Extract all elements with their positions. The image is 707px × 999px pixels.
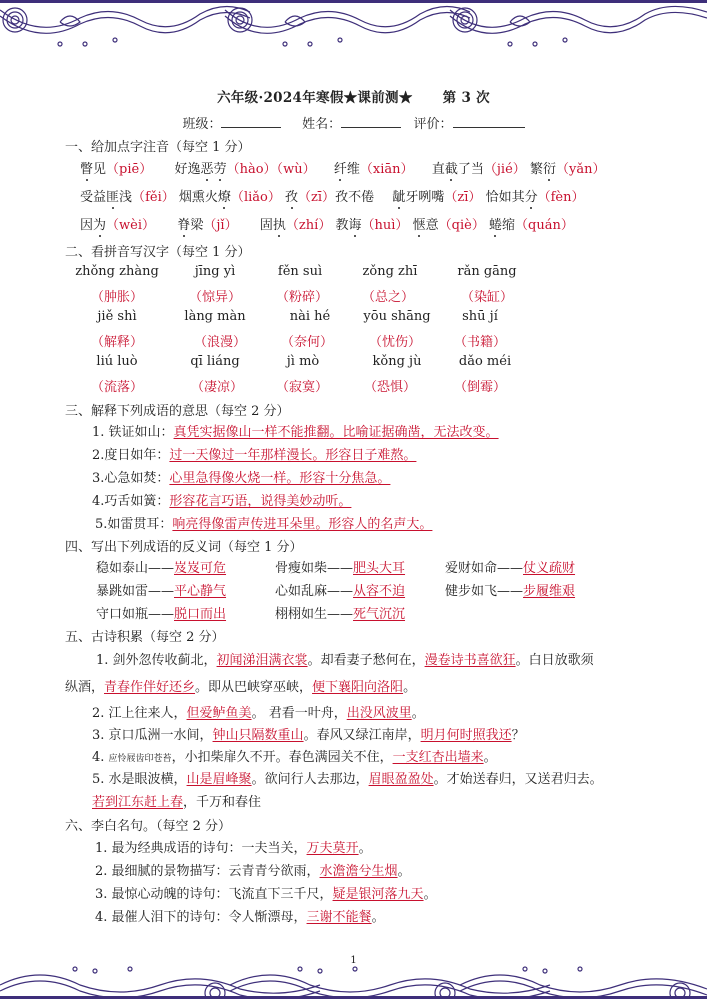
libai-line-4: 4. 最催人泪下的诗句：令人惭漂母，三谢不能餐。 [95,906,385,925]
pinyin-row-3: 因为（wèi） 脊梁（jǐ） 固执（zhí） 教诲（huì） 惬意（qiè） 蜷… [80,214,574,233]
answer-hanzi: （恐惧） [345,376,435,395]
pinyin: zhǒng zhàng [72,264,162,279]
pinyin: liú luò [72,354,162,369]
answer-hanzi: （浪漫） [175,331,265,350]
pinyin: shū jí [435,309,525,324]
pinyin: dǎo méi [440,354,530,369]
answer-hanzi: （解释） [72,331,162,350]
answer-hanzi: （总之） [343,286,433,305]
section-6-heading: 六、李白名句。（每空 2 分） [65,815,231,834]
page-title: 六年级·2024年寒假★课前测★第 3 次 [0,86,707,106]
pinyin-row-2: 受益匪浅（fěi） 烟熏火燎（liǎo） 孜（zī）孜不倦 龇牙咧嘴（zī） 恰… [80,186,585,205]
antonym-item: 守口如瓶——脱口而出 [96,603,226,622]
section-2-heading: 二、看拼音写汉字（每空 1 分） [65,241,251,260]
idiom-meaning-2: 2.度日如年：过一天像过一年那样漫长。形容日子难熬。 [92,444,416,463]
pinyin: qī liáng [170,354,260,369]
title-round: 第 3 次 [443,90,490,106]
section-5-heading: 五、古诗积累（每空 2 分） [65,626,225,645]
answer-hanzi: （粉碎） [257,286,347,305]
poem-2: 2. 江上往来人，但爱鲈鱼美。 君看一叶舟，出没风波里。 [92,702,425,721]
pinyin: nài hé [265,309,355,324]
poem-3: 3. 京口瓜洲一水间，钟山只隔数重山。春风又绿江南岸，明月何时照我还？ [92,724,525,743]
answer-hanzi: （书籍） [435,331,525,350]
answer-hanzi: （肿胀） [72,286,162,305]
section-4-heading: 四、写出下列成语的反义词（每空 1 分） [65,536,303,555]
antonym-item: 心如乱麻——从容不迫 [275,580,405,599]
antonym-item: 暴跳如雷——平心静气 [96,580,226,599]
antonym-item: 骨瘦如柴——肥头大耳 [275,557,405,576]
title-main: 六年级·2024年寒假★课前测★ [217,90,413,106]
libai-line-1: 1. 最为经典成语的诗句：一夫当关，万夫莫开。 [95,837,372,856]
answer-hanzi: （染缸） [442,286,532,305]
pinyin: zǒng zhī [345,264,435,279]
pinyin: fěn suì [255,264,345,279]
item-word: 瞥见 [80,162,106,177]
pinyin: rǎn gāng [442,264,532,279]
name-field[interactable] [341,115,401,128]
pinyin-row-1: 瞥见（piē） 好逸恶劳（hào）（wù） 纤维（xiān） 直截了当（jié）… [80,158,605,177]
pinyin: jì mò [258,354,348,369]
poem-5-line-1: 5. 水是眼波横，山是眉峰聚。欲问行人去那边，眉眼盈盈处。才始送春归，又送君归去… [92,768,603,787]
libai-line-3: 3. 最惊心动魄的诗句：飞流直下三千尺，疑是银河落九天。 [95,883,437,902]
antonym-item: 健步如飞——步履维艰 [445,580,575,599]
eval-field[interactable] [453,115,525,128]
answer-hanzi: （惊异） [170,286,260,305]
poem-4: 4. 应怜屐齿印苍苔，小扣柴扉久不开。春色满园关不住，一支红杏出墙来。 [92,746,497,765]
section-3-heading: 三、解释下列成语的意思（每空 2 分） [65,400,290,419]
idiom-meaning-1: 1. 铁证如山：真凭实据像山一样不能推翻。比喻证据确凿，无法改变。 [92,421,499,440]
pinyin: yōu shāng [352,309,442,324]
answer-hanzi: （流落） [72,376,162,395]
page-number: 1 [0,955,707,966]
answer-hanzi: （忧伤） [350,331,440,350]
section-1-heading: 一、给加点字注音（每空 1 分） [65,136,251,155]
answer-hanzi: （倒霉） [435,376,525,395]
antonym-item: 爱财如命——仗义疏财 [445,557,575,576]
eval-label: 评价： [414,117,453,132]
antonym-item: 栩栩如生——死气沉沉 [275,603,405,622]
pinyin: jiě shì [72,309,162,324]
poem-1-line-1: 1. 剑外忽传收蓟北，初闻涕泪满衣裳。却看妻子愁何在，漫卷诗书喜欲狂。白日放歌须 [96,649,594,668]
idiom-meaning-3: 3.心急如焚：心里急得像火烧一样。形容十分焦急。 [92,467,390,486]
student-info-line: 班级： 姓名： 评价： [0,113,707,132]
answer-hanzi: （寂寞） [257,376,347,395]
pinyin: kǒng jù [352,354,442,369]
wave-border-top-decoration [0,0,707,50]
poem-5-line-2: 若到江东赶上春，千万和春住 [92,791,261,810]
pinyin: làng màn [170,309,260,324]
answer-hanzi: （凄凉） [172,376,262,395]
class-field[interactable] [221,115,281,128]
poem-1-line-2: 纵酒，青春作伴好还乡。即从巴峡穿巫峡，便下襄阳向洛阳。 [65,676,416,695]
antonym-item: 稳如泰山——岌岌可危 [96,557,226,576]
idiom-meaning-4: 4.巧舌如簧：形容花言巧语，说得美妙动听。 [92,490,351,509]
class-label: 班级： [182,117,221,132]
libai-line-2: 2. 最细腻的景物描写：云青青兮欲雨，水澹澹兮生烟。 [95,860,411,879]
idiom-meaning-5: 5.如雷贯耳：响亮得像雷声传进耳朵里。形容人的名声大。 [95,513,432,532]
pinyin: jīng yì [170,264,260,279]
name-label: 姓名： [302,117,341,132]
answer-hanzi: （奈何） [262,331,352,350]
